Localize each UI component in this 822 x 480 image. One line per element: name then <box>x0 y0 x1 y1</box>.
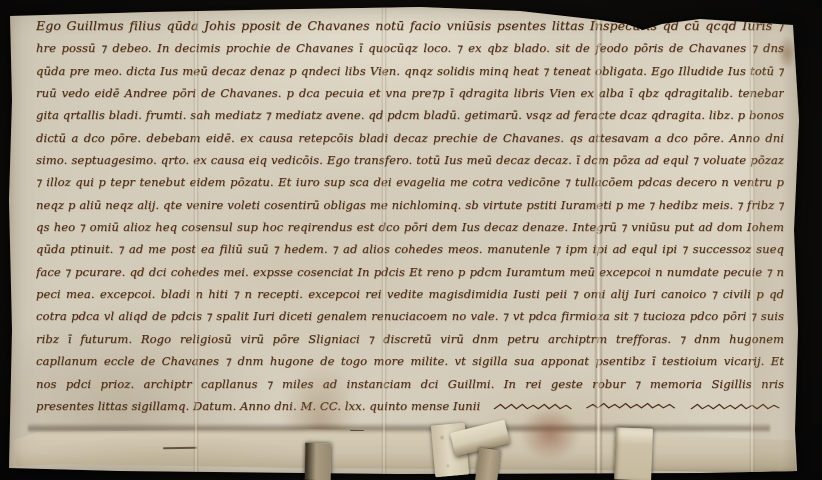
manuscript-line: gita qrtallis bladi. frumti. sah mediatz… <box>36 104 784 126</box>
plica-slit-mark <box>163 447 197 450</box>
manuscript-line: face ⁊ pcurare. qd dci cohedes mei. exps… <box>36 261 784 283</box>
vertical-fold-crease <box>193 0 199 480</box>
vertical-fold-crease <box>749 0 755 480</box>
charter-scan: Ego Guillmus filius qūda Johis pposit de… <box>0 0 822 480</box>
manuscript-line: Ego Guillmus filius qūda Johis pposit de… <box>36 15 784 37</box>
manuscript-line: qūda ptinuit. ⁊ ad me post ea filiū suū … <box>36 238 784 260</box>
manuscript-line: nos pdci prioz. archiptr capllanus ⁊ mil… <box>36 373 784 395</box>
parchment: Ego Guillmus filius qūda Johis pposit de… <box>0 0 822 480</box>
manuscript-date-line: presentes littas sigillamq. Datum. Anno … <box>36 395 784 417</box>
date-line-text: presentes littas sigillamq. Datum. Anno … <box>36 395 480 417</box>
manuscript-line: qūda pre meo. dicta Ius meū decaz denaz … <box>36 60 784 82</box>
manuscript-line: capllanum eccle de Chavanes ⁊ dnm hugone… <box>36 350 784 372</box>
right-edge-fold-shade <box>754 18 800 474</box>
manuscript-line: neqz p aliū neqz alij. qte venire voleti… <box>36 194 784 216</box>
manuscript-line: simo. septuagesimo. qrto. ex causa eiq v… <box>36 149 784 171</box>
manuscript-line: ⁊ illoz qui p tepr tenebut eidem pōzatu.… <box>36 171 784 193</box>
vertical-fold-crease <box>594 0 603 480</box>
manuscript-line: qs heo ⁊ omiū alioz heq cosensul sup hoc… <box>36 216 784 238</box>
plica-fold-groove <box>28 423 770 432</box>
seal-tag-right <box>614 427 653 480</box>
manuscript-text: Ego Guillmus filius qūda Johis pposit de… <box>36 15 784 417</box>
manuscript-line: ribz ī futurum. Rogo religiosū virū pōre… <box>36 328 784 350</box>
vertical-fold-crease <box>381 0 387 480</box>
ink-flourish-icon <box>492 401 784 413</box>
manuscript-line: hre possū ⁊ debeo. In decimis prochie de… <box>36 37 784 59</box>
manuscript-line: ruū vedo eidē Andree pōri de Chavanes. p… <box>36 82 784 104</box>
plica-fold <box>10 428 797 474</box>
manuscript-line: dictū a dco pōre. debebam eidē. ex causa… <box>36 127 784 149</box>
manuscript-line: cotra pdca vl aliqd de pdcis ⁊ spalit Iu… <box>36 305 784 327</box>
seal-tag-left <box>305 443 332 480</box>
manuscript-line: peci mea. excepcoi. bladi n hiti ⁊ n rec… <box>36 283 784 305</box>
parchment-wrap: Ego Guillmus filius qūda Johis pposit de… <box>0 0 822 480</box>
seal-tag-center-tail <box>475 448 501 480</box>
